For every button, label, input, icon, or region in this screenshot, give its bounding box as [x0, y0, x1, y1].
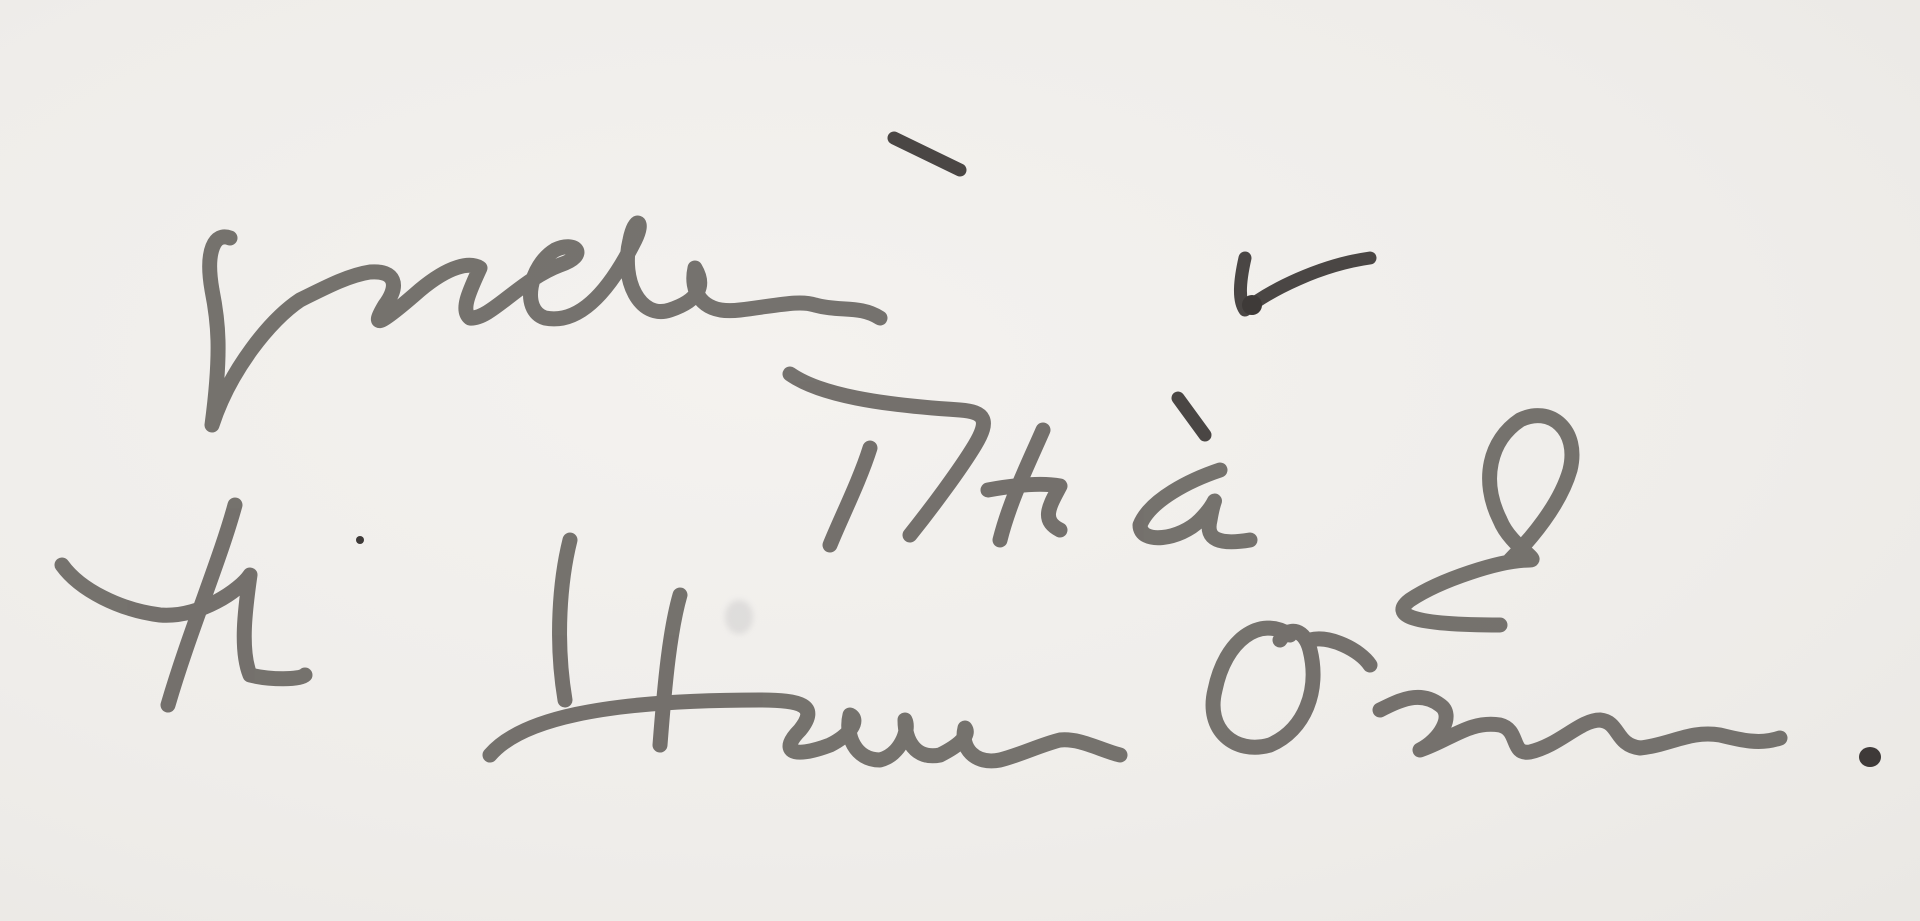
paper-sheet: gửi ✓ Thà & h. Hàm Ơn.: [0, 0, 1920, 921]
accent-mark-2: [1178, 398, 1205, 435]
check-dot: [1242, 295, 1262, 315]
accent-mark-1: [894, 138, 960, 170]
dot-mark: [356, 536, 364, 544]
handwriting-ink: [0, 0, 1920, 921]
stroke-word-4: [560, 540, 570, 700]
stroke-word-5: [1213, 628, 1313, 747]
stroke-word-2: [790, 374, 983, 535]
stroke-word-1: [210, 223, 880, 425]
ampersand: [1403, 416, 1572, 625]
period-mark: [1859, 747, 1881, 767]
